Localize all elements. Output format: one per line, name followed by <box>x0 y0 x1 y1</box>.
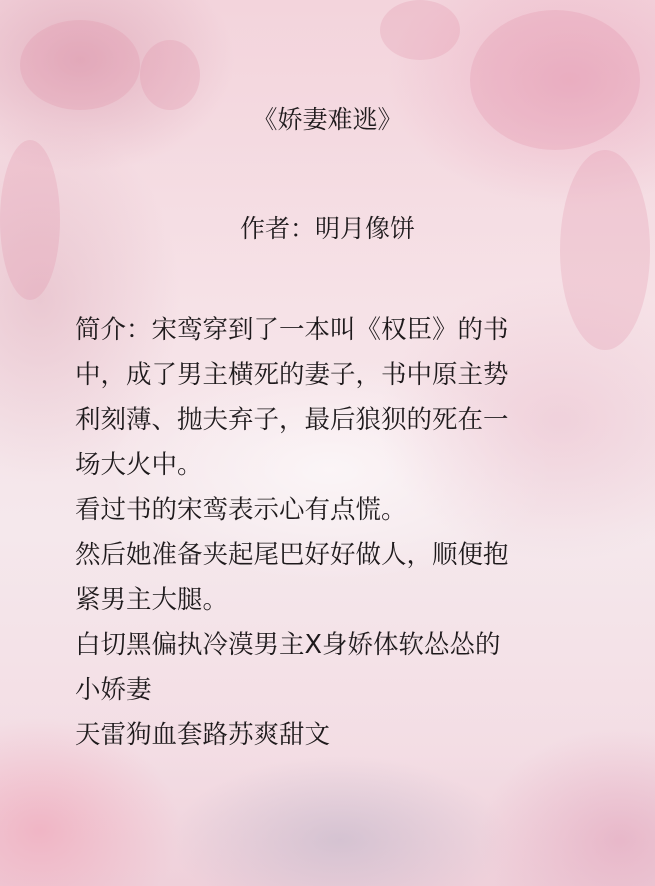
synopsis-line: 场大火中。 <box>75 443 595 488</box>
synopsis-line: 天雷狗血套路苏爽甜文 <box>75 713 595 758</box>
synopsis-line: 看过书的宋鸾表示心有点慌。 <box>75 488 595 533</box>
author-name: 明月像饼 <box>315 214 415 243</box>
synopsis-line: 小娇妻 <box>75 668 595 713</box>
synopsis-line: 然后她准备夹起尾巴好好做人，顺便抱 <box>75 533 595 578</box>
synopsis-line: 中，成了男主横死的妻子，书中原主势 <box>75 353 595 398</box>
book-title: 《娇妻难逃》 <box>0 100 655 136</box>
synopsis-line: 紧男主大腿。 <box>75 578 595 623</box>
synopsis-line: 利刻薄、抛夫弃子，最后狼狈的死在一 <box>75 398 595 443</box>
author-label: 作者： <box>240 214 315 243</box>
synopsis-line: 白切黑偏执冷漠男主X身娇体软怂怂的 <box>75 623 595 668</box>
synopsis-line: 简介：宋鸾穿到了一本叫《权臣》的书 <box>75 308 595 353</box>
book-intro-card: 《娇妻难逃》 作者：明月像饼 简介：宋鸾穿到了一本叫《权臣》的书 中，成了男主横… <box>0 0 655 886</box>
synopsis: 简介：宋鸾穿到了一本叫《权臣》的书 中，成了男主横死的妻子，书中原主势 利刻薄、… <box>75 308 595 758</box>
author-line: 作者：明月像饼 <box>0 209 655 245</box>
